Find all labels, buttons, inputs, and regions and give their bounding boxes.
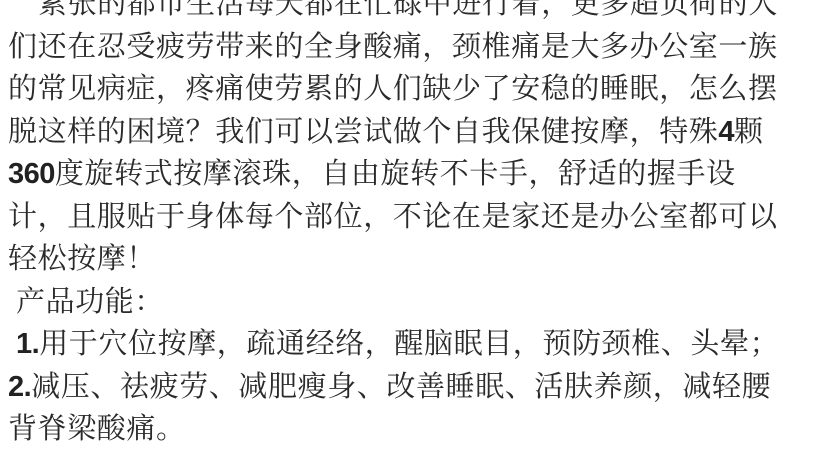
intro-line-3: 的常见病症，疼痛使劳累的人们缺少了安稳的睡眠，怎么摆 [8, 67, 823, 110]
features-heading: 产品功能： [8, 280, 823, 323]
feature-item-2-continued: 背脊梁酸痛。 [8, 407, 823, 450]
intro-line-6: 计，且服贴于身体每个部位，不论在是家还是办公室都可以 [8, 195, 823, 238]
feature-2-text-line1: 减压、祛疲劳、减肥瘦身、改善睡眠、活肤养颜，减轻腰 [31, 369, 771, 403]
intro-line-2: 们还在忍受疲劳带来的全身酸痛，颈椎痛是大多办公室一族 [8, 25, 823, 68]
feature-item-2: 2.减压、祛疲劳、减肥瘦身、改善睡眠、活肤养颜，减轻腰 [8, 365, 823, 408]
intro-line-5: 360度旋转式按摩滚珠，自由旋转不卡手，舒适的握手设 [8, 152, 823, 195]
product-description: 紧张的都市生活每天都在忙碌中进行着，更多超负荷的人 们还在忍受疲劳带来的全身酸痛… [8, 0, 823, 450]
feature-1-text: 用于穴位按摩，疏通经络，醒脑眠目，预防颈椎、头晕； [39, 326, 779, 360]
intro-line-5-text: 度旋转式按摩滚珠，自由旋转不卡手，舒适的握手设 [55, 156, 736, 190]
intro-line-4: 脱这样的困境？我们可以尝试做个自我保健按摩，特殊4颗 [8, 110, 823, 153]
feature-item-1: 1.用于穴位按摩，疏通经络，醒脑眠目，预防颈椎、头晕； [8, 322, 823, 365]
intro-line-7: 轻松按摩！ [8, 237, 823, 280]
feature-1-number: 1. [16, 328, 39, 360]
intro-line-1: 紧张的都市生活每天都在忙碌中进行着，更多超负荷的人 [8, 0, 823, 25]
rotation-degree-number: 360 [8, 158, 55, 190]
intro-line-4-text: 脱这样的困境？我们可以尝试做个自我保健按摩，特殊 [8, 114, 718, 148]
feature-2-number: 2. [8, 371, 31, 403]
ball-count-number: 4 [718, 116, 734, 148]
intro-line-4-suffix: 颗 [734, 114, 764, 148]
